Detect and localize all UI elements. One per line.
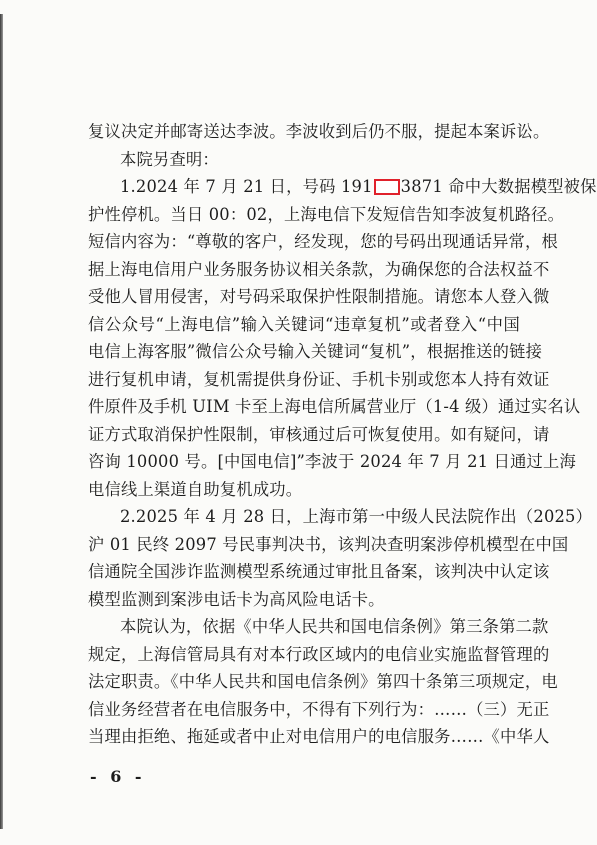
text-line: 咨询 10000 号。[中国电信]”李波于 2024 年 7 月 21 日通过上…	[88, 448, 520, 476]
text-line: 证方式取消保护性限制，审核通过后可恢复使用。如有疑问，请	[88, 421, 520, 449]
text-line: 护性停机。当日 00：02，上海电信下发短信告知李波复机路径。	[88, 201, 520, 229]
text-line: 短信内容为：“尊敬的客户，经发现，您的号码出现通话异常，根	[88, 228, 520, 256]
text-line: 信公众号“上海电信”输入关键词“违章复机”或者登入“中国	[88, 311, 520, 339]
phone-suffix-text: 3871 命中大数据模型被保	[401, 177, 597, 196]
text-line: 模型监测到案涉电话卡为高风险电话卡。	[88, 586, 520, 614]
phone-prefix-text: 1.2024 年 7 月 21 日，号码 191	[120, 177, 373, 196]
section-heading: 本院另查明：	[88, 146, 520, 174]
text-line: 规定，上海信管局具有对本行政区域内的电信业实施监督管理的	[88, 641, 520, 669]
text-line-with-redaction: 1.2024 年 7 月 21 日，号码 1913871 命中大数据模型被保	[88, 173, 520, 201]
text-line: 当理由拒绝、拖延或者中止对电信用户的电信服务……《中华人	[88, 723, 520, 751]
text-line: 本院认为，依据《中华人民共和国电信条例》第三条第二款	[88, 613, 520, 641]
text-line: 2.2025 年 4 月 28 日，上海市第一中级人民法院作出（2025）	[88, 503, 520, 531]
redaction-box	[374, 179, 400, 195]
text-line: 信通院全国涉诈监测模型系统通过审批且备案，该判决中认定该	[88, 558, 520, 586]
text-line: 据上海电信用户业务服务协议相关条款，为确保您的合法权益不	[88, 256, 520, 284]
text-line: 信业务经营者在电信服务中，不得有下列行为：……（三）无正	[88, 696, 520, 724]
page-number: - 6 -	[90, 767, 146, 786]
scan-shadow-edge	[0, 14, 3, 829]
text-line: 电信线上渠道自助复机成功。	[88, 476, 520, 504]
text-line: 复议决定并邮寄送达李波。李波收到后仍不服，提起本案诉讼。	[88, 118, 520, 146]
text-line: 电信上海客服”微信公众号输入关键词“复机”，根据推送的链接	[88, 338, 520, 366]
document-body: 复议决定并邮寄送达李波。李波收到后仍不服，提起本案诉讼。 本院另查明： 1.20…	[88, 118, 520, 751]
text-line: 进行复机申请，复机需提供身份证、手机卡别或您本人持有效证	[88, 366, 520, 394]
text-line: 法定职责。《中华人民共和国电信条例》第四十条第三项规定，电	[88, 668, 520, 696]
text-line: 沪 01 民终 2097 号民事判决书，该判决查明案涉停机模型在中国	[88, 531, 520, 559]
text-line: 受他人冒用侵害，对号码采取保护性限制措施。请您本人登入微	[88, 283, 520, 311]
text-line: 件原件及手机 UIM 卡至上海电信所属营业厅（1-4 级）通过实名认	[88, 393, 520, 421]
